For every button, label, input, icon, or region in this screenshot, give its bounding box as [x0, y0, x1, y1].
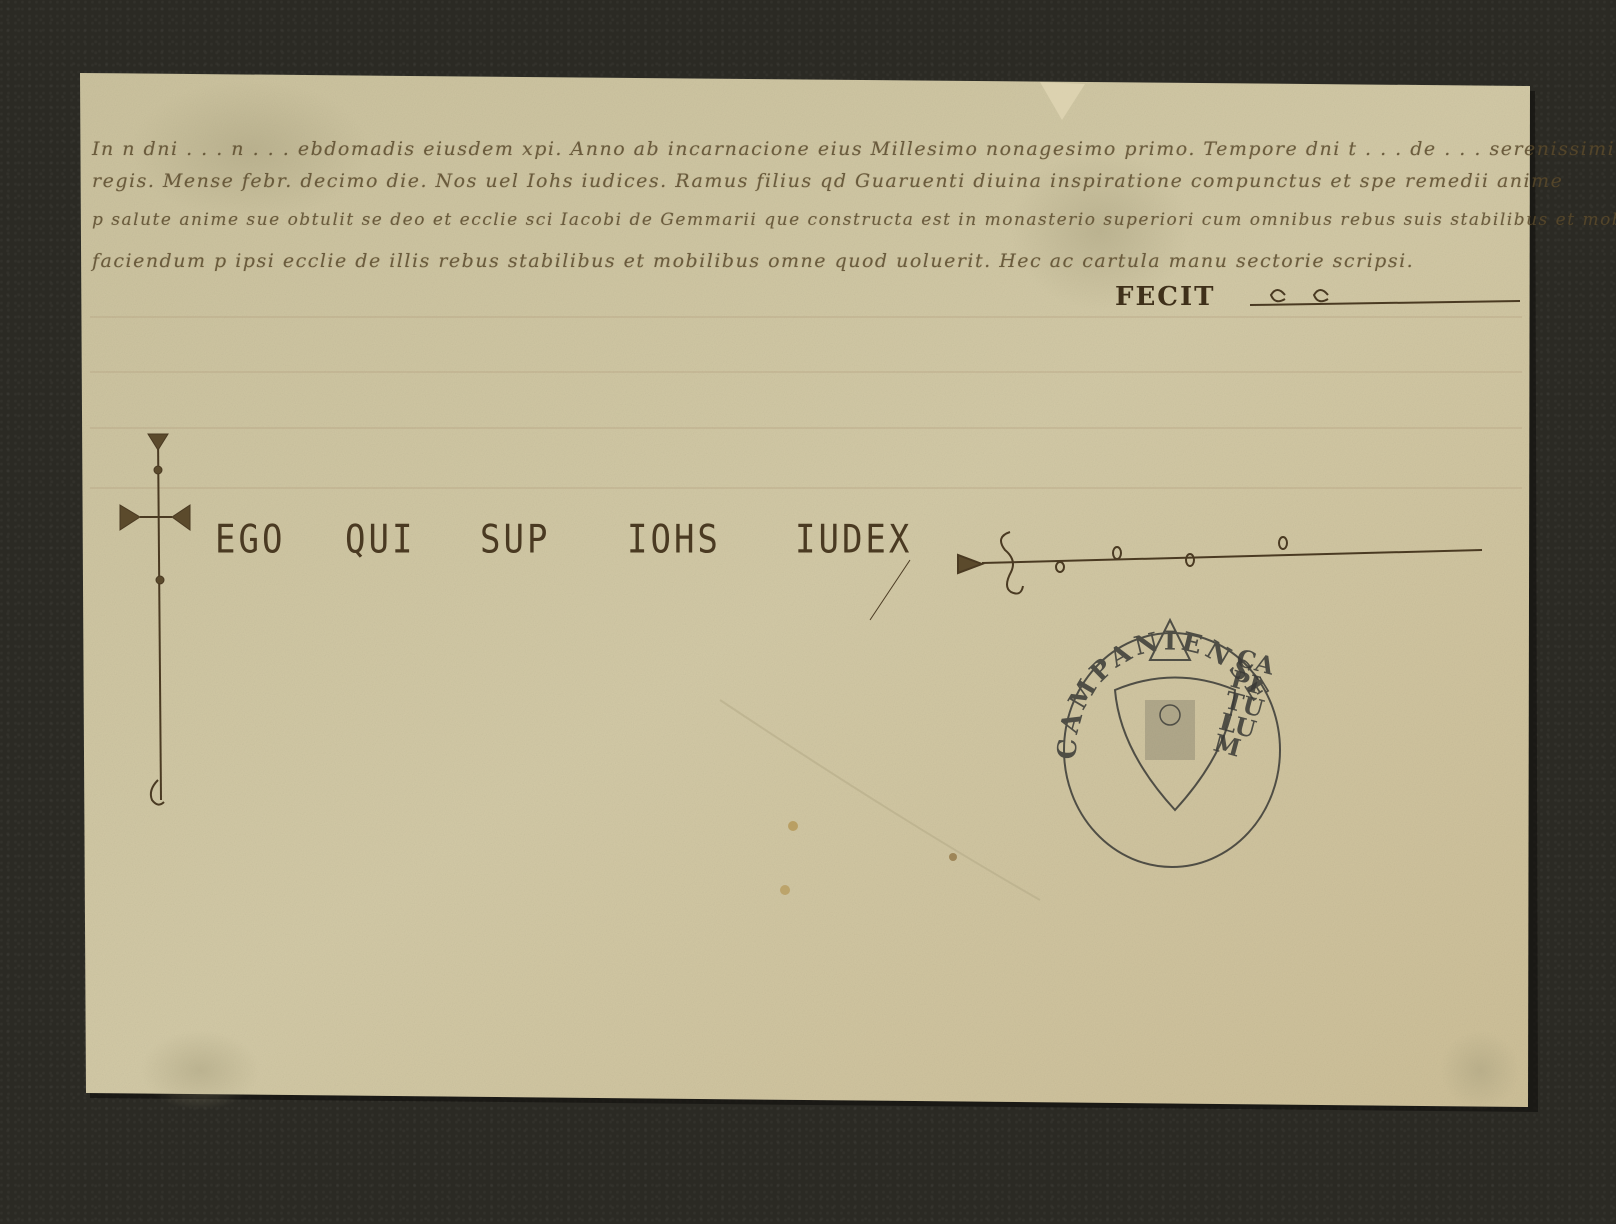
text-line-4: faciendum p ipsi ecclie de illis rebus s… [92, 250, 1414, 272]
subscription-word-2: QUI [345, 517, 415, 563]
subscription-word-3: SUP [480, 517, 550, 563]
subscription-word-5: IUDEX [795, 517, 912, 563]
text-line-2: regis. Mense febr. decimo die. Nos uel I… [92, 170, 1563, 192]
subscription-word-1: EGO [215, 517, 285, 563]
text-line-3: p salute anime sue obtulit se deo et ecc… [92, 210, 1616, 230]
parchment-sheet: CAMPANIENSE In n dni . . . n . . . ebdom… [0, 0, 1616, 1224]
subscription-word-4: IOHS [627, 517, 721, 563]
closing-mark: FECIT [1115, 282, 1215, 312]
text-line-1: In n dni . . . n . . . ebdomadis eiusdem… [92, 138, 1615, 160]
